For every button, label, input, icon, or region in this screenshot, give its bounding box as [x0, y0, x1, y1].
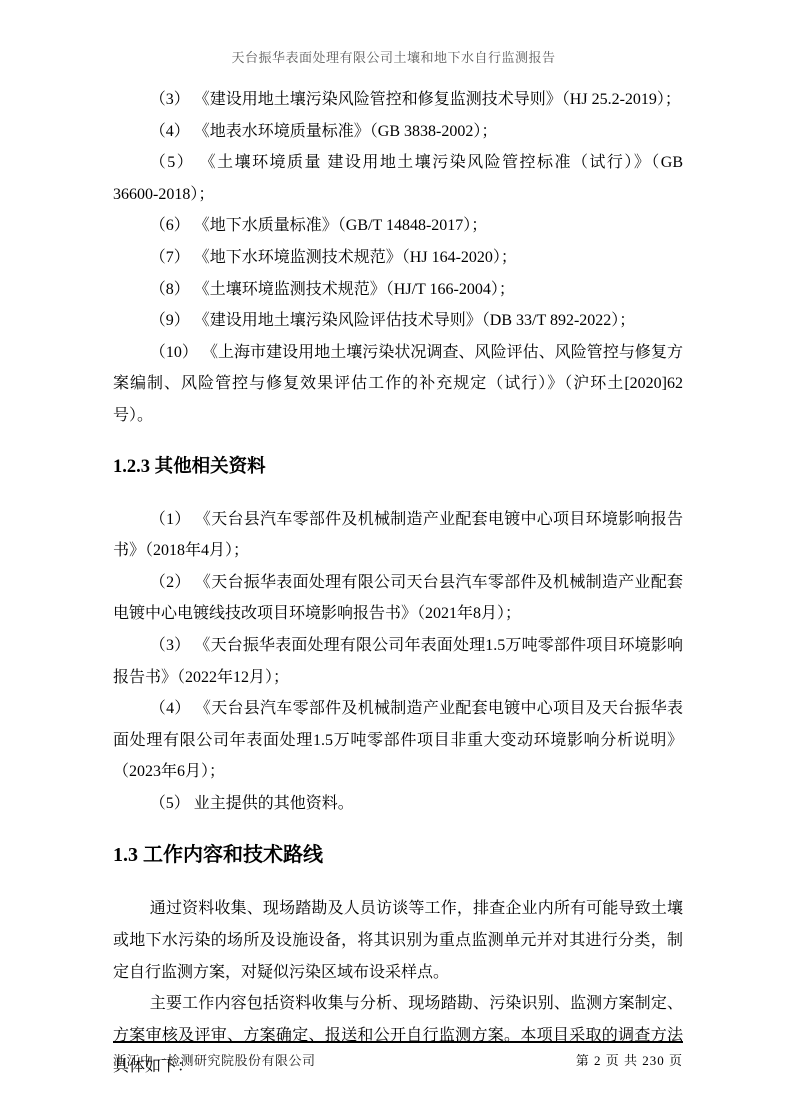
document-body: （3） 《建设用地土壤污染风险管控和修复监测技术导则》（HJ 25.2-2019… — [113, 84, 683, 1083]
reference-item: （3） 《天台振华表面处理有限公司年表面处理1.5万吨零部件项目环境影响报告书》… — [113, 630, 683, 693]
reference-item: （7） 《地下水环境监测技术规范》（HJ 164-2020）； — [113, 242, 683, 274]
body-paragraph: 通过资料收集、现场踏勘及人员访谈等工作，排查企业内所有可能导致土壤或地下水污染的… — [113, 893, 683, 988]
reference-item: （2） 《天台振华表面处理有限公司天台县汽车零部件及机械制造产业配套电镀中心电镀… — [113, 567, 683, 630]
page-footer: 浙江中一检测研究院股份有限公司 第 2 页 共 230 页 — [113, 1041, 683, 1069]
reference-item: （5） 《土壤环境质量 建设用地土壤污染风险管控标准（试行）》（GB 36600… — [113, 147, 683, 210]
document-page: 天台振华表面处理有限公司土壤和地下水自行监测报告 （3） 《建设用地土壤污染风险… — [0, 0, 787, 1101]
running-header-title: 天台振华表面处理有限公司土壤和地下水自行监测报告 — [0, 47, 787, 66]
section-heading-1-3: 1.3 工作内容和技术路线 — [113, 832, 683, 878]
footer-company-name: 浙江中一检测研究院股份有限公司 — [113, 1050, 316, 1069]
section-heading-1-2-3: 1.2.3 其他相关资料 — [113, 444, 683, 490]
reference-item: （3） 《建设用地土壤污染风险管控和修复监测技术导则》（HJ 25.2-2019… — [113, 84, 683, 116]
reference-item: （9） 《建设用地土壤污染风险评估技术导则》（DB 33/T 892-2022）… — [113, 305, 683, 337]
reference-item: （5） 业主提供的其他资料。 — [113, 788, 683, 820]
reference-item: （4） 《天台县汽车零部件及机械制造产业配套电镀中心项目及天台振华表面处理有限公… — [113, 693, 683, 788]
reference-item: （8） 《土壤环境监测技术规范》（HJ/T 166-2004）； — [113, 274, 683, 306]
reference-item: （6） 《地下水质量标准》（GB/T 14848-2017）； — [113, 210, 683, 242]
footer-page-indicator: 第 2 页 共 230 页 — [576, 1050, 683, 1069]
reference-item: （4） 《地表水环境质量标准》（GB 3838-2002）； — [113, 116, 683, 148]
reference-item: （10） 《上海市建设用地土壤污染状况调查、风险评估、风险管控与修复方案编制、风… — [113, 337, 683, 432]
reference-item: （1） 《天台县汽车零部件及机械制造产业配套电镀中心项目环境影响报告书》（201… — [113, 504, 683, 567]
